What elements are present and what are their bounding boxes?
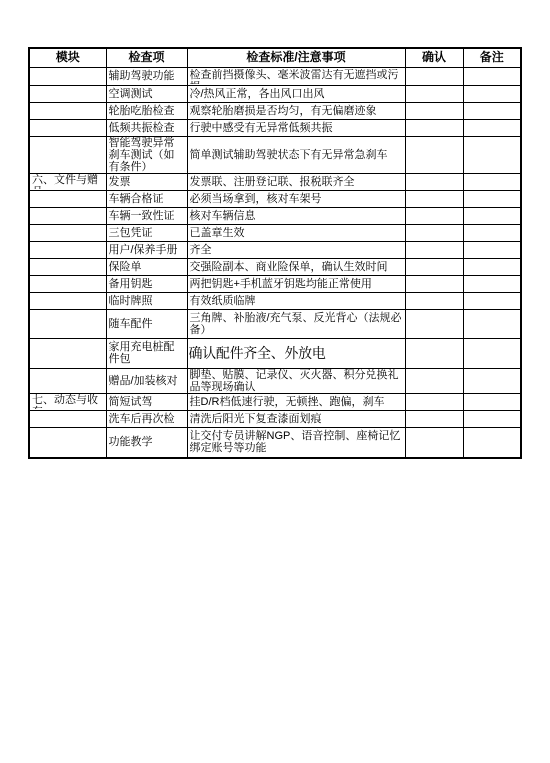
table-row: 辅助驾驶功能 检查前挡摄像头、毫米波雷达有无遮挡或污损 [29,67,521,85]
note-cell[interactable] [463,292,521,309]
item-text: 洗车后再次检 [109,413,185,425]
standard-text: 让交付专员讲解NGP、语音控制、座椅记忆绑定账号等功能 [190,430,403,454]
module-cell: 七、动态与收车 [29,393,106,410]
item-cell: 赠品/加装核对 [106,368,187,393]
confirm-cell[interactable] [405,224,463,241]
standard-cell: 让交付专员讲解NGP、语音控制、座椅记忆绑定账号等功能 [187,427,405,458]
table-row: 随车配件 三角牌、补胎液/充气泵、反光背心（法规必备） [29,309,521,338]
confirm-cell[interactable] [405,292,463,309]
module-cell [29,309,106,338]
item-cell: 随车配件 [106,309,187,338]
table-row: 临时牌照 有效纸质临牌 [29,292,521,309]
item-cell: 低频共振检查 [106,119,187,136]
confirm-cell[interactable] [405,136,463,173]
module-cell [29,190,106,207]
standard-text: 已盖章生效 [190,227,403,239]
item-text: 发票 [109,176,185,188]
standard-cell: 观察轮胎磨损是否均匀，有无偏磨迹象 [187,102,405,119]
standard-text: 有效纸质临牌 [190,295,403,307]
item-cell: 临时牌照 [106,292,187,309]
confirm-cell[interactable] [405,410,463,427]
note-cell[interactable] [463,67,521,85]
note-cell[interactable] [463,309,521,338]
table-row: 空调测试 冷/热风正常，各出风口出风 [29,85,521,102]
table-row: 备用钥匙 两把钥匙+手机蓝牙钥匙均能正常使用 [29,275,521,292]
item-cell: 辅助驾驶功能 [106,67,187,85]
module-text: 七、动态与收车 [32,394,104,409]
confirm-cell[interactable] [405,190,463,207]
standard-cell: 已盖章生效 [187,224,405,241]
table-body: 辅助驾驶功能 检查前挡摄像头、毫米波雷达有无遮挡或污损 空调测试 冷/热风正常，… [29,67,521,458]
item-cell: 家用充电桩配件包 [106,338,187,368]
standard-cell: 必须当场拿到，核对车架号 [187,190,405,207]
item-cell: 保险单 [106,258,187,275]
item-cell: 备用钥匙 [106,275,187,292]
standard-cell: 检查前挡摄像头、毫米波雷达有无遮挡或污损 [187,67,405,85]
item-text: 辅助驾驶功能 [109,70,185,82]
confirm-cell[interactable] [405,67,463,85]
standard-cell: 两把钥匙+手机蓝牙钥匙均能正常使用 [187,275,405,292]
item-cell: 智能驾驶异常刹车测试（如有条件） [106,136,187,173]
standard-text: 冷/热风正常，各出风口出风 [190,88,403,100]
note-cell[interactable] [463,427,521,458]
module-cell [29,241,106,258]
standard-cell: 冷/热风正常，各出风口出风 [187,85,405,102]
table-row: 低频共振检查 行驶中感受有无异常低频共振 [29,119,521,136]
standard-cell: 齐全 [187,241,405,258]
note-cell[interactable] [463,224,521,241]
table-row: 功能教学 让交付专员讲解NGP、语音控制、座椅记忆绑定账号等功能 [29,427,521,458]
item-text: 家用充电桩配件包 [109,341,185,365]
item-text: 车辆一致性证 [109,210,185,222]
note-cell[interactable] [463,275,521,292]
standard-cell: 发票联、注册登记联、报税联齐全 [187,173,405,190]
standard-text: 简单测试辅助驾驶状态下有无异常急刹车 [190,149,403,161]
standard-text: 必须当场拿到，核对车架号 [190,193,403,205]
header-row: 模块 检查项 检查标准/注意事项 确认 备注 [29,48,521,67]
module-cell [29,224,106,241]
table-row: 智能驾驶异常刹车测试（如有条件） 简单测试辅助驾驶状态下有无异常急刹车 [29,136,521,173]
confirm-cell[interactable] [405,275,463,292]
document-page: 模块 检查项 检查标准/注意事项 确认 备注 辅助驾驶功能 检查前挡摄像头、毫米… [0,0,550,763]
item-text: 随车配件 [109,318,185,330]
item-cell: 三包凭证 [106,224,187,241]
item-text: 备用钥匙 [109,278,185,290]
standard-text: 齐全 [190,244,403,256]
module-cell [29,102,106,119]
item-cell: 简短试驾 [106,393,187,410]
module-cell [29,410,106,427]
confirm-cell[interactable] [405,241,463,258]
standard-cell: 交强险副本、商业险保单，确认生效时间 [187,258,405,275]
confirm-cell[interactable] [405,368,463,393]
confirm-cell[interactable] [405,173,463,190]
module-cell [29,119,106,136]
module-cell [29,292,106,309]
table-row: 车辆一致性证 核对车辆信息 [29,207,521,224]
note-cell[interactable] [463,410,521,427]
item-cell: 车辆合格证 [106,190,187,207]
standard-cell: 确认配件齐全、外放电 [187,338,405,368]
table-row: 家用充电桩配件包 确认配件齐全、外放电 [29,338,521,368]
note-cell[interactable] [463,338,521,368]
item-text: 功能教学 [109,436,185,448]
item-cell: 功能教学 [106,427,187,458]
table-row: 保险单 交强险副本、商业险保单，确认生效时间 [29,258,521,275]
note-cell[interactable] [463,368,521,393]
standard-text: 两把钥匙+手机蓝牙钥匙均能正常使用 [190,278,403,290]
item-text: 赠品/加装核对 [109,375,185,387]
item-text: 简短试驾 [109,396,185,408]
col-header-confirm: 确认 [405,48,463,67]
confirm-cell[interactable] [405,309,463,338]
note-cell[interactable] [463,119,521,136]
note-cell[interactable] [463,136,521,173]
item-text: 智能驾驶异常刹车测试（如有条件） [109,137,185,173]
standard-text: 三角牌、补胎液/充气泵、反光背心（法规必备） [190,312,403,336]
table-row: 车辆合格证 必须当场拿到，核对车架号 [29,190,521,207]
standard-text: 检查前挡摄像头、毫米波雷达有无遮挡或污损 [190,69,403,84]
item-cell: 轮胎吃胎检查 [106,102,187,119]
item-text: 保险单 [109,261,185,273]
standard-text: 观察轮胎磨损是否均匀，有无偏磨迹象 [190,105,403,117]
module-cell [29,368,106,393]
module-cell [29,85,106,102]
col-header-standard: 检查标准/注意事项 [187,48,405,67]
standard-cell: 行驶中感受有无异常低频共振 [187,119,405,136]
table-row: 七、动态与收车 简短试驾 挂D/R档低速行驶，无顿挫、跑偏，刹车 [29,393,521,410]
item-text: 空调测试 [109,88,185,100]
confirm-cell[interactable] [405,102,463,119]
item-text: 临时牌照 [109,295,185,307]
standard-text: 发票联、注册登记联、报税联齐全 [190,176,403,188]
standard-cell: 三角牌、补胎液/充气泵、反光背心（法规必备） [187,309,405,338]
confirm-cell[interactable] [405,258,463,275]
standard-text: 挂D/R档低速行驶，无顿挫、跑偏，刹车 [190,396,403,408]
table-row: 六、文件与赠品 发票 发票联、注册登记联、报税联齐全 [29,173,521,190]
standard-cell: 清洗后阳光下复查漆面划痕 [187,410,405,427]
table-row: 三包凭证 已盖章生效 [29,224,521,241]
module-text: 六、文件与赠品 [32,174,104,189]
confirm-cell[interactable] [405,207,463,224]
module-cell: 六、文件与赠品 [29,173,106,190]
note-cell[interactable] [463,102,521,119]
module-cell [29,338,106,368]
note-cell[interactable] [463,393,521,410]
note-cell[interactable] [463,190,521,207]
item-cell: 用户/保养手册 [106,241,187,258]
confirm-cell[interactable] [405,427,463,458]
standard-cell: 简单测试辅助驾驶状态下有无异常急刹车 [187,136,405,173]
module-cell [29,275,106,292]
standard-cell: 有效纸质临牌 [187,292,405,309]
table-row: 洗车后再次检 清洗后阳光下复查漆面划痕 [29,410,521,427]
item-cell: 空调测试 [106,85,187,102]
standard-text: 交强险副本、商业险保单，确认生效时间 [190,261,403,273]
standard-text: 确认配件齐全、外放电 [189,347,405,359]
checklist-table: 模块 检查项 检查标准/注意事项 确认 备注 辅助驾驶功能 检查前挡摄像头、毫米… [28,47,522,459]
item-cell: 车辆一致性证 [106,207,187,224]
module-cell [29,427,106,458]
standard-text: 行驶中感受有无异常低频共振 [190,122,403,134]
confirm-cell[interactable] [405,393,463,410]
confirm-cell[interactable] [405,119,463,136]
note-cell[interactable] [463,207,521,224]
col-header-note: 备注 [463,48,521,67]
note-cell[interactable] [463,241,521,258]
col-header-module: 模块 [29,48,106,67]
module-cell [29,258,106,275]
item-text: 三包凭证 [109,227,185,239]
table-row: 轮胎吃胎检查 观察轮胎磨损是否均匀，有无偏磨迹象 [29,102,521,119]
table-row: 用户/保养手册 齐全 [29,241,521,258]
confirm-cell[interactable] [405,85,463,102]
standard-text: 清洗后阳光下复查漆面划痕 [190,413,403,425]
confirm-cell[interactable] [405,338,463,368]
standard-text: 脚垫、贴膜、记录仪、灭火器、积分兑换礼品等现场确认 [190,369,403,393]
note-cell[interactable] [463,173,521,190]
item-cell: 发票 [106,173,187,190]
item-text: 轮胎吃胎检查 [109,105,185,117]
module-cell [29,136,106,173]
module-cell [29,67,106,85]
item-text: 车辆合格证 [109,193,185,205]
item-cell: 洗车后再次检 [106,410,187,427]
note-cell[interactable] [463,258,521,275]
standard-cell: 核对车辆信息 [187,207,405,224]
col-header-item: 检查项 [106,48,187,67]
module-cell [29,207,106,224]
table-row: 赠品/加装核对 脚垫、贴膜、记录仪、灭火器、积分兑换礼品等现场确认 [29,368,521,393]
standard-cell: 脚垫、贴膜、记录仪、灭火器、积分兑换礼品等现场确认 [187,368,405,393]
standard-text: 核对车辆信息 [190,210,403,222]
item-text: 用户/保养手册 [109,244,185,256]
item-text: 低频共振检查 [109,122,185,134]
standard-cell: 挂D/R档低速行驶，无顿挫、跑偏，刹车 [187,393,405,410]
note-cell[interactable] [463,85,521,102]
